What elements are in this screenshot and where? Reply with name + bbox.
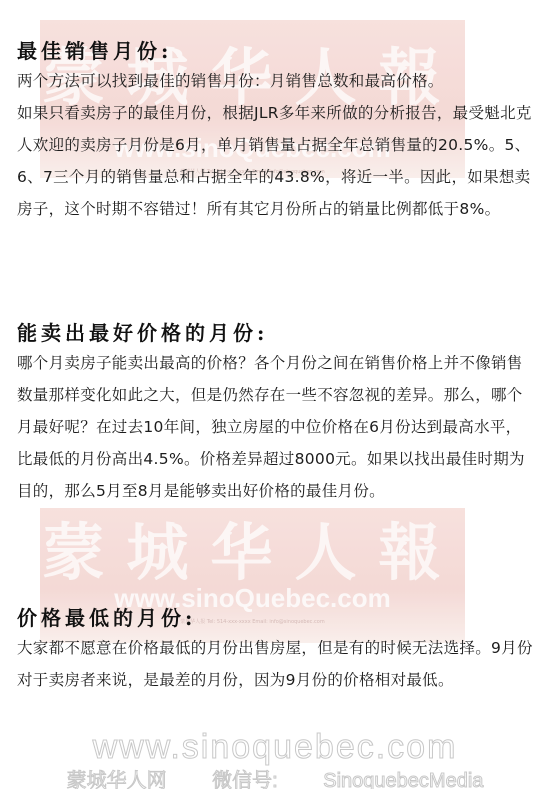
footer-site-name: 蒙城华人网 (67, 770, 167, 789)
paragraph: 两个方法可以找到最佳的销售月份：月销售总数和最高价格。 (17, 65, 537, 97)
watermark-logo-text: 蒙城华人報 (40, 503, 465, 592)
footer-wechat-id: 微信号: SinoquebecMedia (212, 770, 483, 789)
section-heading: 价格最低的月份: (17, 604, 537, 632)
section-best-sales-month: 最佳销售月份: 两个方法可以找到最佳的销售月份：月销售总数和最高价格。 如果只看… (17, 37, 537, 225)
section-lowest-price-month: 价格最低的月份: 大家都不愿意在价格最低的月份出售房屋，但是有的时候无法选择。9… (17, 604, 537, 696)
paragraph: 哪个月卖房子能卖出最高的价格？各个月份之间在销售价格上并不像销售数量那样变化如此… (17, 347, 537, 507)
footer-watermark-sub: 蒙城华人网 微信号: SinoquebecMedia (0, 764, 550, 789)
paragraph: 如果只看卖房子的最佳月份，根据JLR多年来所做的分析报告，最受魁北克人欢迎的卖房… (17, 97, 537, 225)
paragraph: 大家都不愿意在价格最低的月份出售房屋，但是有的时候无法选择。9月份对于卖房者来说… (17, 632, 537, 696)
section-best-price-month: 能卖出最好价格的月份: 哪个月卖房子能卖出最高的价格？各个月份之间在销售价格上并… (17, 319, 537, 507)
footer-watermark-url: www.sinoquebec.com (0, 728, 550, 767)
section-heading: 最佳销售月份: (17, 37, 537, 65)
section-heading: 能卖出最好价格的月份: (17, 319, 537, 347)
